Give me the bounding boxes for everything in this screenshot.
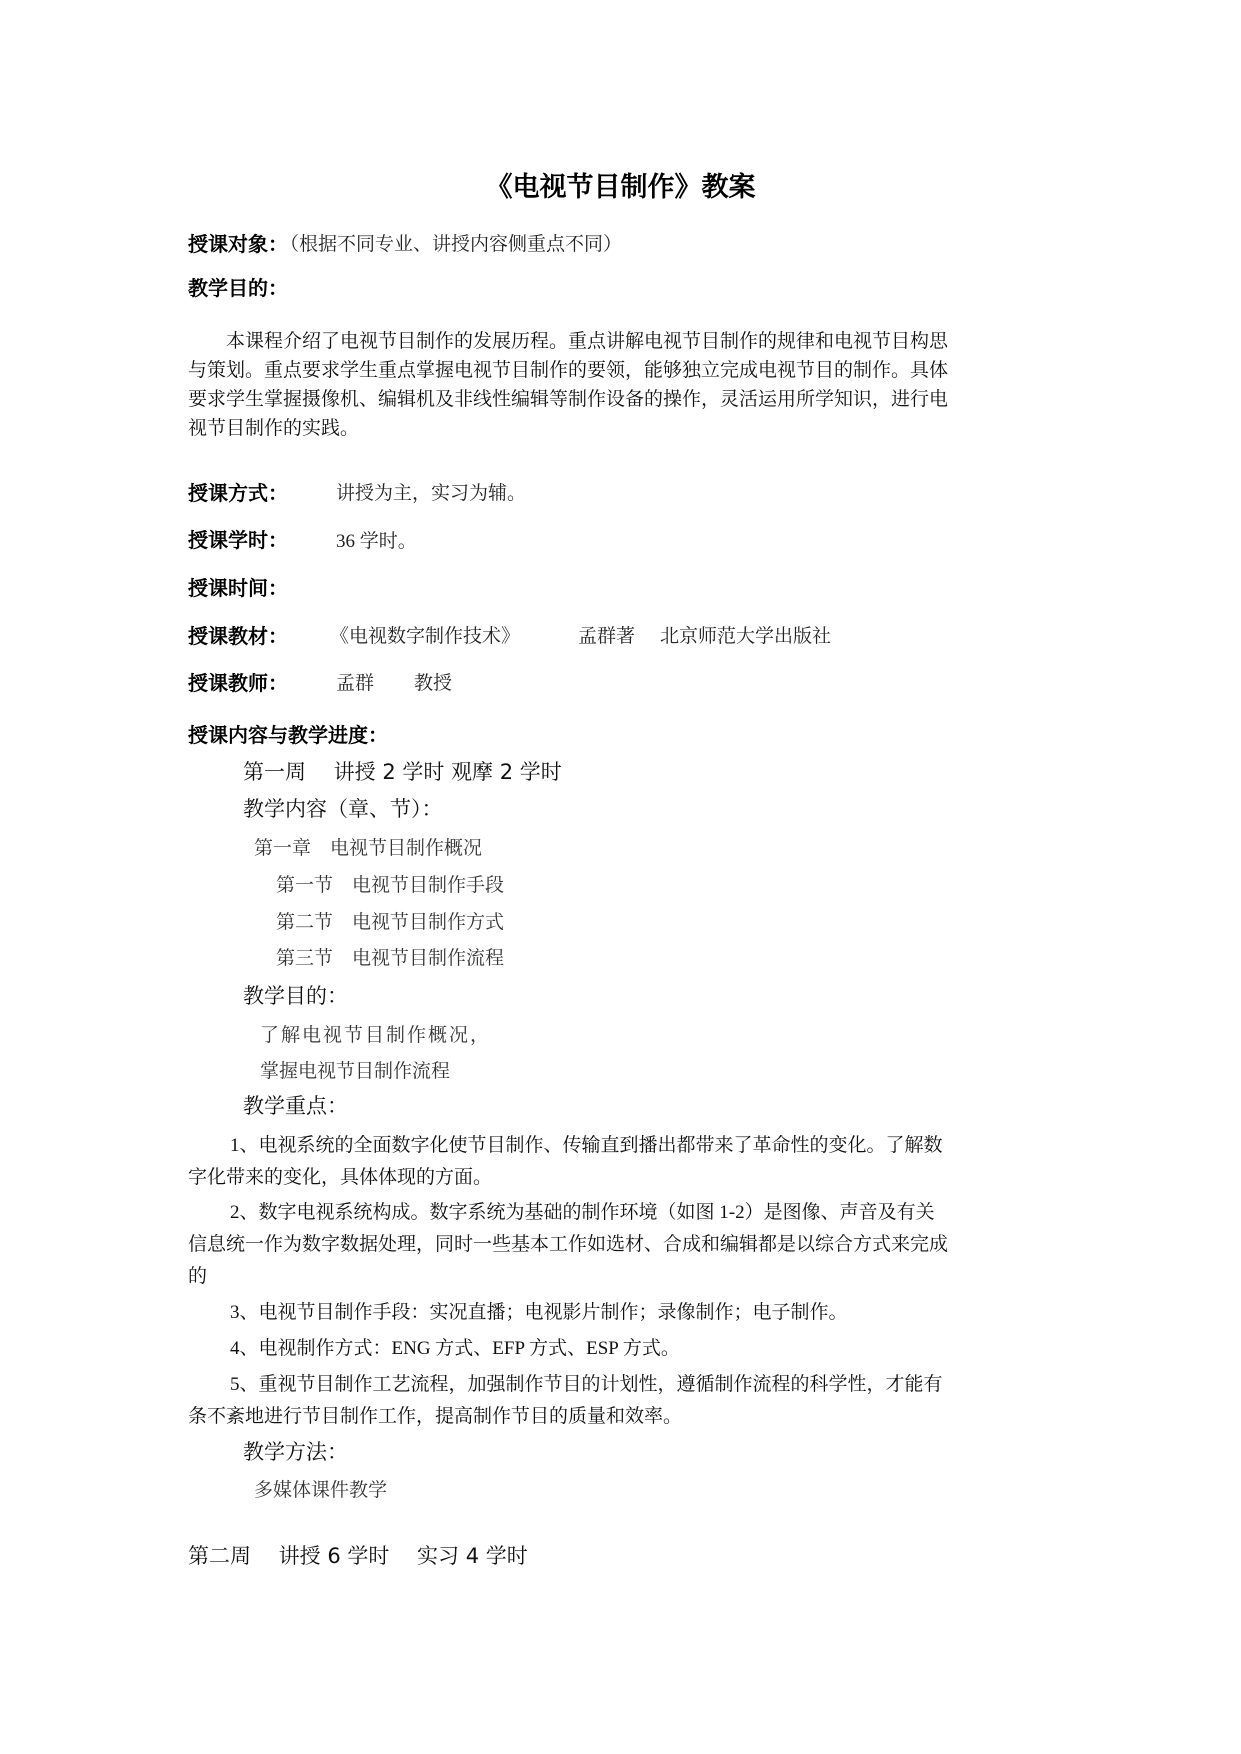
week1-section: 第二节 电视节目制作方式 (276, 907, 504, 934)
time-label: 授课时间： (188, 572, 288, 601)
objective-label: 教学目的： (188, 272, 288, 301)
week1-content-label: 教学内容（章、节）： (243, 793, 443, 823)
teacher-name: 孟群 (336, 668, 374, 695)
focus-line: 信息统一作为数字数据处理，同时一些基本工作如选材、合成和编辑都是以综合方式来完成 (188, 1229, 1050, 1256)
focus-line: 4、电视制作方式：ENG 方式、EFP 方式、ESP 方式。 (188, 1333, 1050, 1360)
week2-heading: 第二周 讲授 6 学时 实习 4 学时 (188, 1540, 528, 1570)
teacher-label: 授课教师： (188, 667, 288, 696)
focus-line: 3、电视节目制作手段：实况直播；电视影片制作；录像制作；电子制作。 (188, 1297, 1050, 1324)
teacher-title: 教授 (414, 668, 452, 695)
focus-line: 1、电视系统的全面数字化使节目制作、传输直到播出都带来了革命性的变化。了解数 (188, 1130, 1050, 1157)
week1-section: 第一节 电视节目制作手段 (276, 870, 504, 897)
week1-goal-label: 教学目的： (243, 980, 348, 1010)
week1-focus-label: 教学重点： (243, 1090, 348, 1120)
week1-heading: 第一周 讲授 2 学时 观摩 2 学时 (243, 756, 562, 786)
textbook-publisher: 北京师范大学出版社 (660, 621, 831, 648)
hours-value: 36 学时。 (336, 526, 417, 553)
document-page: 《电视节目制作》教案 授课对象： （根据不同专业、讲授内容侧重点不同） 教学目的… (0, 0, 1241, 1754)
method-value: 讲授为主，实习为辅。 (336, 478, 526, 505)
method-label: 授课方式： (188, 477, 288, 506)
schedule-label: 授课内容与教学进度： (188, 719, 388, 748)
textbook-label: 授课教材： (188, 620, 288, 649)
week1-chapter: 第一章 电视节目制作概况 (254, 833, 482, 860)
hours-label: 授课学时： (188, 524, 288, 553)
week1-method-label: 教学方法： (243, 1436, 348, 1466)
audience-value: （根据不同专业、讲授内容侧重点不同） (280, 229, 622, 256)
week1-goal: 了解电视节目制作概况， (260, 1020, 491, 1047)
audience-label: 授课对象： (188, 228, 288, 257)
focus-line: 的 (188, 1261, 1050, 1288)
focus-line: 条不紊地进行节目制作工作，提高制作节目的质量和效率。 (188, 1401, 1050, 1428)
document-title: 《电视节目制作》教案 (0, 165, 1241, 204)
objective-line: 要求学生掌握摄像机、编辑机及非线性编辑等制作设备的操作，灵活运用所学知识，进行电 (188, 384, 1050, 411)
focus-line: 5、重视节目制作工艺流程，加强制作节目的计划性，遵循制作流程的科学性，才能有 (188, 1369, 1050, 1396)
week1-section: 第三节 电视节目制作流程 (276, 943, 504, 970)
week1-method-value: 多媒体课件教学 (254, 1475, 387, 1502)
focus-line: 字化带来的变化，具体体现的方面。 (188, 1162, 1050, 1189)
week1-goal: 掌握电视节目制作流程 (260, 1056, 450, 1083)
focus-line: 2、数字电视系统构成。数字系统为基础的制作环境（如图 1-2）是图像、声音及有关 (188, 1197, 1050, 1224)
objective-line: 与策划。重点要求学生重点掌握电视节目制作的要领，能够独立完成电视节目的制作。具体 (188, 355, 1050, 382)
textbook-author: 孟群著 (578, 621, 635, 648)
objective-line: 视节目制作的实践。 (188, 413, 1050, 440)
textbook-title: 《电视数字制作技术》 (330, 621, 520, 648)
objective-line: 本课程介绍了电视节目制作的发展历程。重点讲解电视节目制作的规律和电视节目构思 (188, 326, 1050, 353)
